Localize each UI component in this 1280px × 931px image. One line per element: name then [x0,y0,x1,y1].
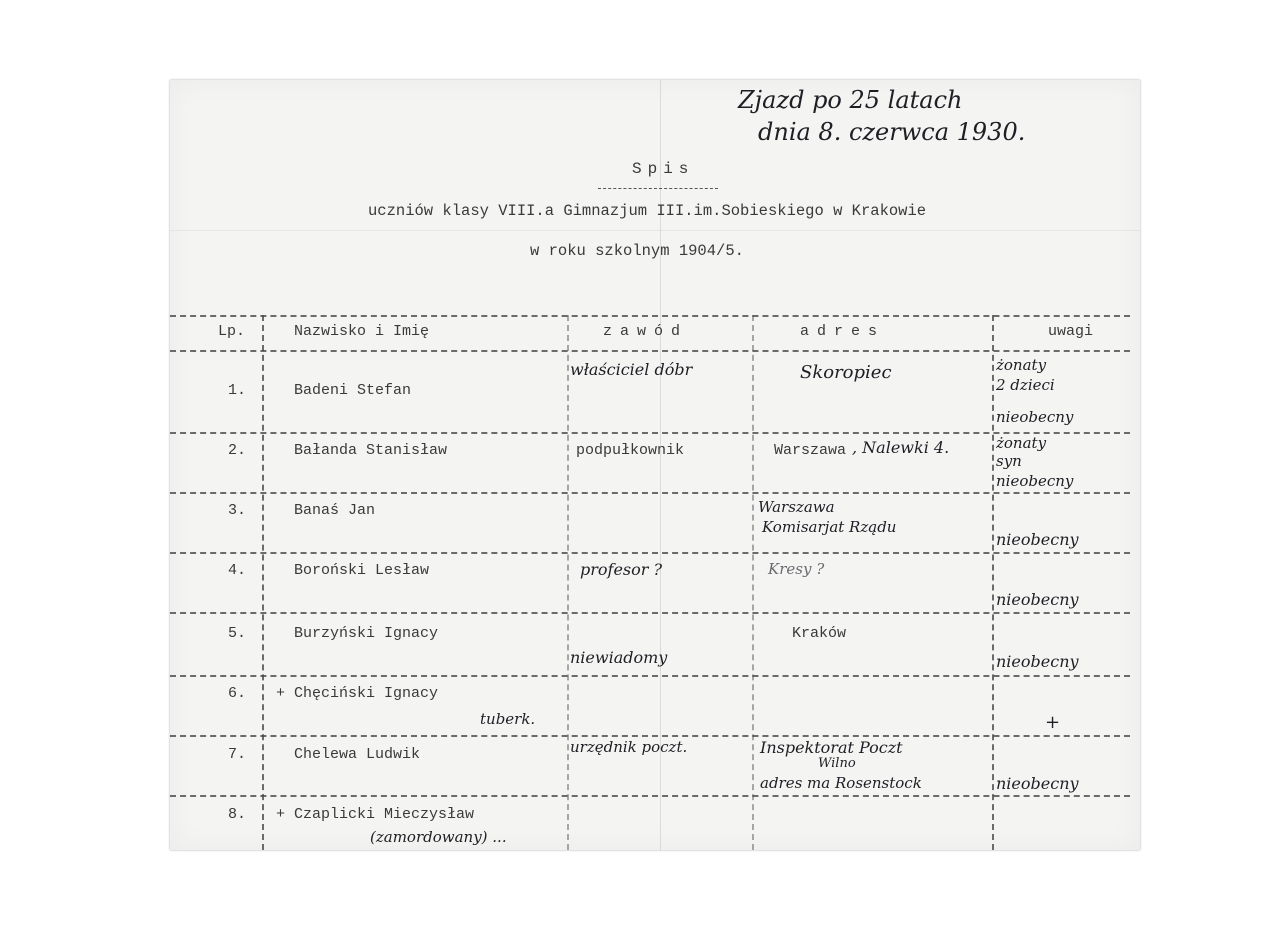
row-7-occupation: urzędnik poczt. [570,738,687,756]
row-6-lp: 6. [228,685,246,702]
title-underline [598,188,718,189]
row-3-address: Warszawa [758,498,835,516]
header-address: adres [800,323,885,340]
row-8-name-note: (zamordowany) ... [370,828,507,846]
row-5-occupation: niewiadomy [570,648,667,667]
row-6-name: + Chęciński Ignacy [276,685,438,702]
row-7-address-line3: adres ma Rosenstock [760,774,922,792]
row-5-note-1: nieobecny [996,652,1079,671]
row-4-address: Kresy ? [768,560,824,578]
row-2-occupation: podpułkownik [576,442,684,459]
row-5-name: Burzyński Ignacy [294,625,438,642]
header-occupation: zawód [603,323,688,340]
column-divider [262,315,264,850]
table-rule [170,735,1130,737]
row-7-name: Chelewa Ludwik [294,746,420,763]
row-3-address-line2: Komisarjat Rządu [762,518,896,536]
row-1-note-2: 2 dzieci [996,376,1055,394]
row-6-note-deceased: + [1045,712,1060,733]
row-3-lp: 3. [228,502,246,519]
row-2-lp: 2. [228,442,246,459]
document-title: Spis [632,160,694,178]
document-subtitle: uczniów klasy VIII.a Gimnazjum III.im.So… [368,202,926,220]
table-rule [170,492,1130,494]
row-2-note-1: żonaty [996,434,1046,452]
row-6-name-note: tuberk. [480,710,535,728]
column-divider [567,315,569,850]
row-3-note-1: nieobecny [996,530,1079,549]
row-1-name: Badeni Stefan [294,382,411,399]
row-5-address: Kraków [792,625,846,642]
scanned-document-page: Zjazd po 25 latach dnia 8. czerwca 1930.… [170,80,1140,850]
row-7-address: Inspektorat Poczt [760,738,903,757]
row-2-address-street: , Nalewki 4. [852,438,949,457]
row-1-note-1: żonaty [996,356,1046,374]
row-4-lp: 4. [228,562,246,579]
row-8-name: + Czaplicki Mieczysław [276,806,474,823]
table-rule [170,350,1130,352]
row-7-note-1: nieobecny [996,774,1079,793]
row-8-lp: 8. [228,806,246,823]
row-3-name: Banaś Jan [294,502,375,519]
column-divider [992,315,994,850]
paper-fold-horizontal [170,230,1140,231]
row-2-note-3: nieobecny [996,472,1073,490]
row-1-note-3: nieobecny [996,408,1073,426]
header-name: Nazwisko i Imię [294,323,429,340]
row-7-lp: 7. [228,746,246,763]
table-rule [170,675,1130,677]
table-rule [170,795,1130,797]
row-7-address-line2: Wilno [818,756,856,771]
table-rule [170,612,1130,614]
row-1-lp: 1. [228,382,246,399]
row-1-occupation: właściciel dóbr [570,360,692,379]
table-rule [170,552,1130,554]
row-2-address: Warszawa [774,442,846,459]
row-4-note-1: nieobecny [996,590,1079,609]
row-5-lp: 5. [228,625,246,642]
header-lp: Lp. [218,323,245,340]
table-rule [170,432,1130,434]
handwritten-reunion-note-line2: dnia 8. czerwca 1930. [758,118,1025,146]
row-4-name: Boroński Lesław [294,562,429,579]
column-divider [752,315,754,850]
header-notes: uwagi [1048,323,1093,340]
row-4-occupation: profesor ? [580,560,662,579]
row-2-name: Bałanda Stanisław [294,442,447,459]
table-rule [170,315,1130,317]
row-2-note-2: syn [996,452,1022,470]
handwritten-reunion-note-line1: Zjazd po 25 latach [738,86,963,114]
school-year: w roku szkolnym 1904/5. [530,242,744,260]
row-1-address: Skoropiec [800,362,892,383]
